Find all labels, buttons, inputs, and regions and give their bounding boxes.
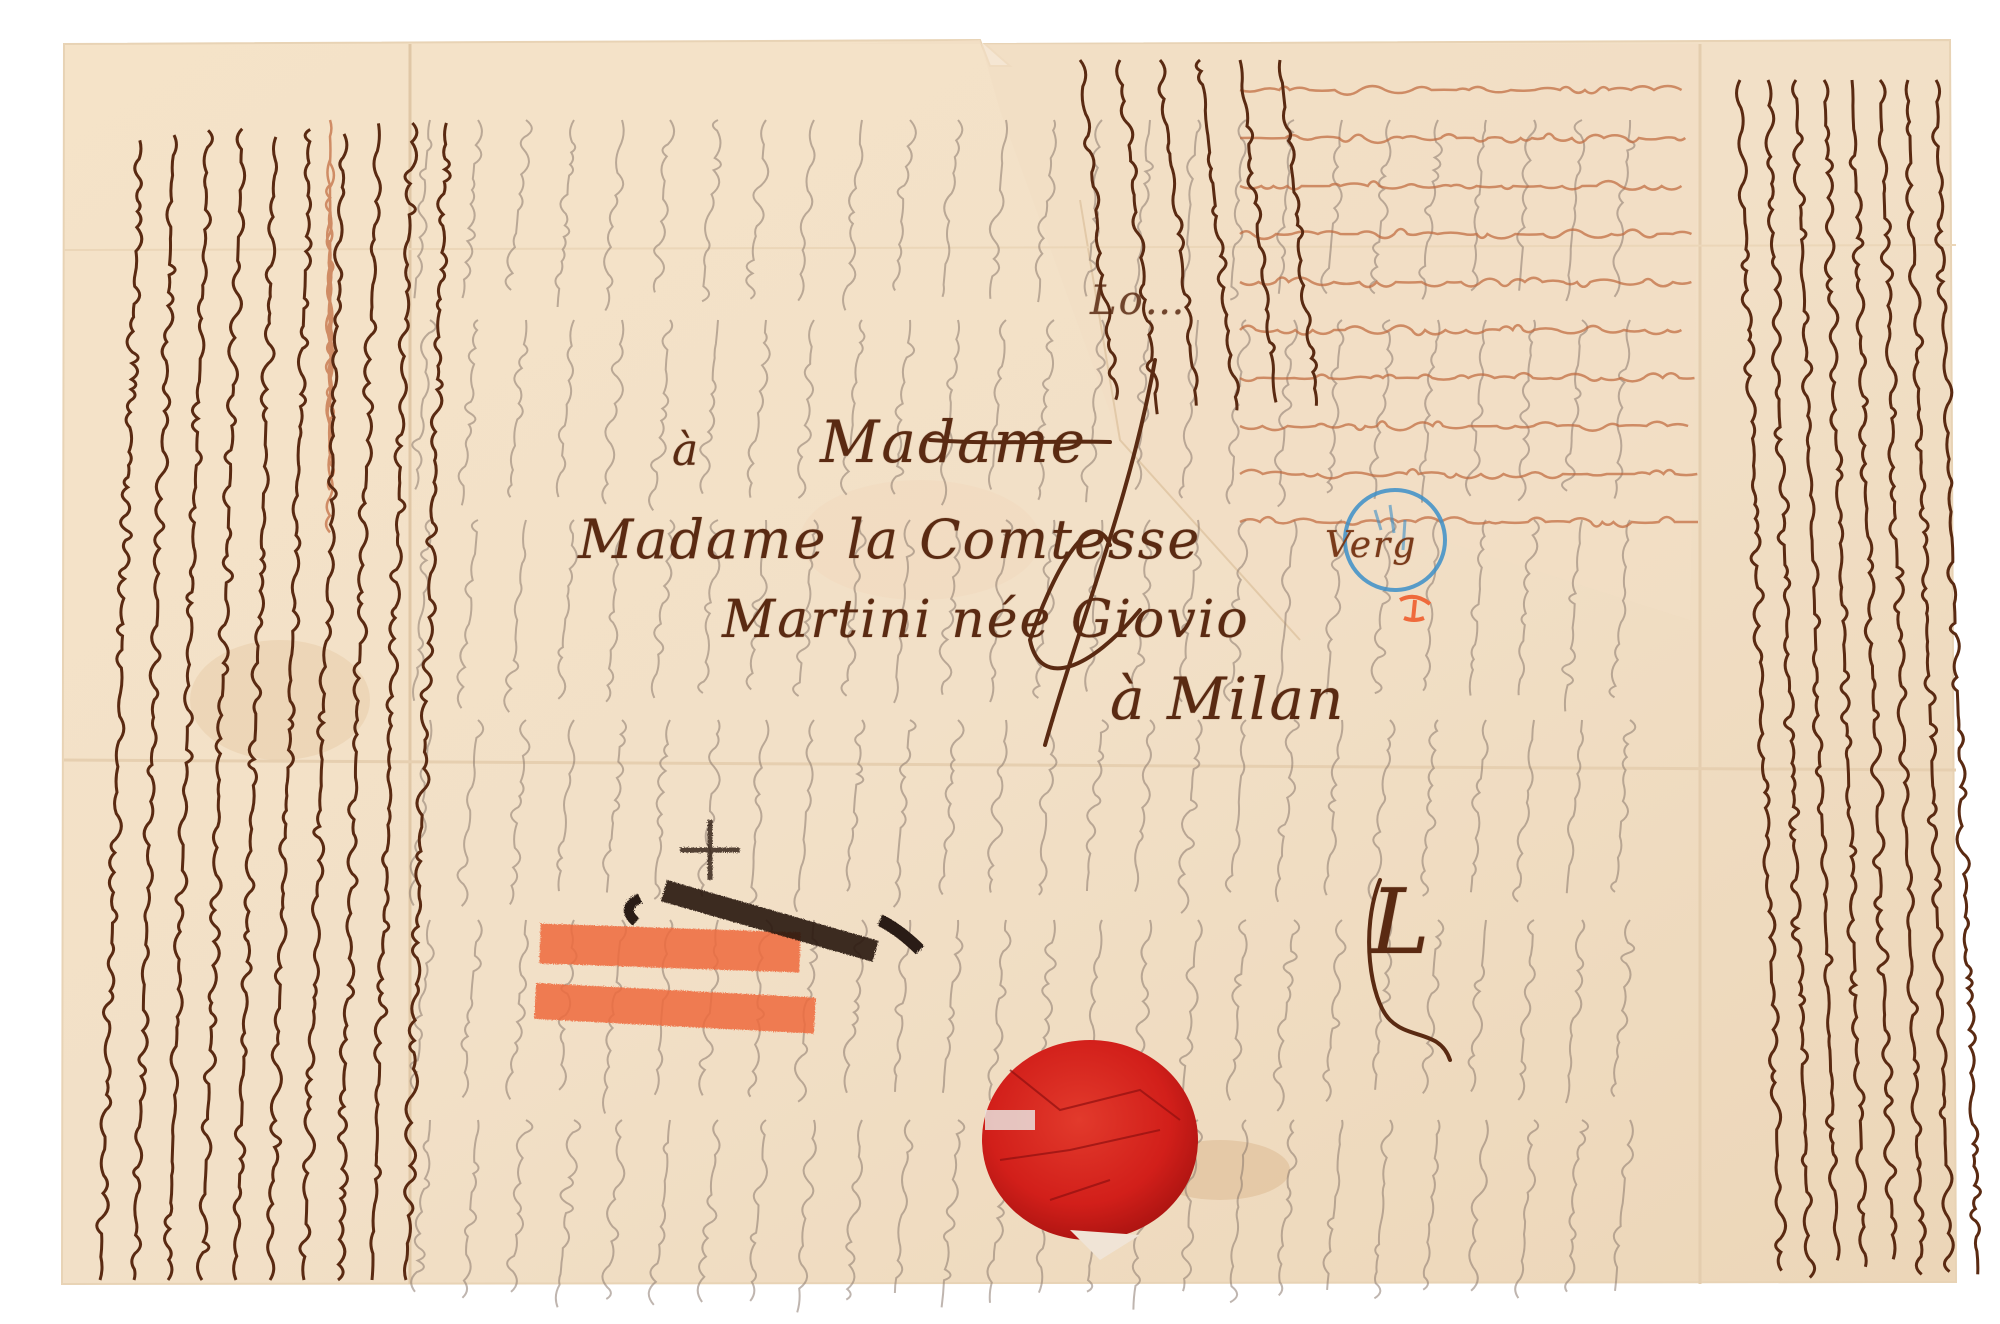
address-annotation-right: Verg <box>1325 525 1417 566</box>
address-prefix: à <box>672 425 700 476</box>
postal-mark-letter: L <box>1370 870 1432 975</box>
letter-illustration <box>0 0 2000 1324</box>
address-line-1: Madame <box>820 408 1087 476</box>
address-annotation-top: Lo… <box>1090 278 1187 324</box>
address-line-4: à Milan <box>1110 665 1345 733</box>
address-line-3: Martini née Giovio <box>722 590 1250 650</box>
address-line-2: Madame la Comtesse <box>578 508 1201 571</box>
letter-scene: à Madame Madame la Comtesse Martini née … <box>0 0 2000 1324</box>
